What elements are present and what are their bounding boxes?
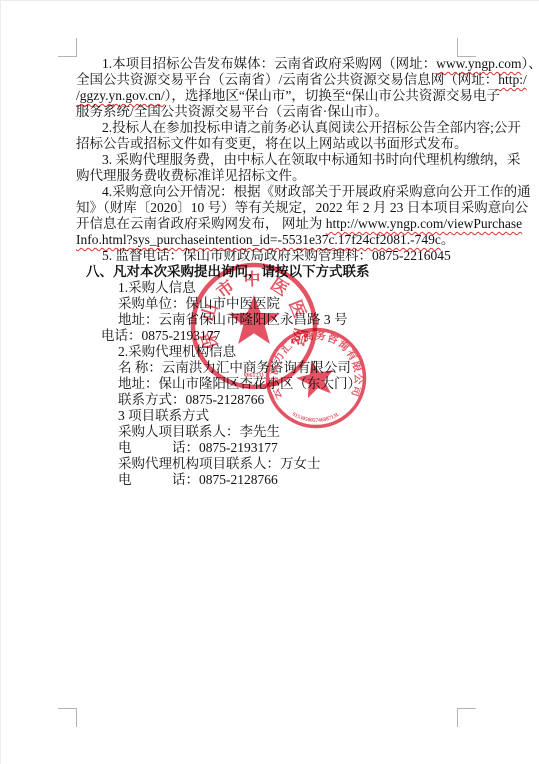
text-run: 4.采购意向公开情况：根据《财政部关于开展政府采购意向公开工作的通 [102,184,531,199]
doc-line: 2.投标人在参加投标申请之前务必认真阅读公开招标公告全部内容;公开 [76,120,458,136]
text-run: 电 话：0875-2193177 [118,440,278,455]
doc-line: 八、凡对本次采购提出询问，请按以下方式联系 [76,264,458,280]
doc-line: 地址：云南省保山市隆阳区永昌路 3 号 [76,312,458,328]
text-run: 开信息在云南省政府采购网发布， 网址为 [76,216,326,231]
margin-crop-mark-bottom-right [457,708,476,727]
doc-line: 2.采购代理机构信息 [76,344,458,360]
text-run: 3 项目联系方式 [118,408,209,423]
hyperlink-text[interactable]: http:/ [498,72,527,87]
doc-line: 3 项目联系方式 [76,408,458,424]
text-run: 服务系统/全国公共资源交易平台（云南省·保山市）。 [76,104,388,119]
margin-crop-mark-top-left [58,38,77,57]
text-run: 采购人项目联系人：李先生 [118,424,280,439]
text-run: 3. 采购代理服务费，由中标人在领取中标通知书时向代理机构缴纳，采 [102,152,521,167]
text-run: 地址：保山市隆阳区杏花小区（东大门） [118,376,361,391]
doc-line: 联系方式：0875-2128766 [76,392,458,408]
text-run: 名 称：云南洪力汇中商务咨询有限公司 [118,360,351,375]
text-run: 采购代理机构项目联系人：万女士 [118,456,321,471]
document-page: 1.本项目招标公告发布媒体：云南省政府采购网（网址：www.yngp.com）、… [0,0,539,764]
doc-line: 电 话：0875-2193177 [76,440,458,456]
hyperlink-text[interactable]: http://www.yngp.com/viewPurchase [326,216,522,231]
text-run: 招标公告或招标文件如有变更，将在以上网站或以书面形式发布。 [76,136,468,151]
text-run: ）、 [522,56,539,71]
doc-line: Info.html?sys_purchaseintention_id=-5531… [76,232,458,248]
text-run: 购代理服务费收费标准详见招标文件。 [76,168,306,183]
doc-line: 采购代理机构项目联系人：万女士 [76,456,458,472]
doc-line: 服务系统/全国公共资源交易平台（云南省·保山市）。 [76,104,458,120]
text-run: 电话：0875-2193177 [101,328,220,343]
hyperlink-text[interactable]: Info.html?sys_purchaseintention_id=-5531… [76,232,441,247]
text-run: 全国公共资源交易平台（云南省）/云南省公共资源交易信息网（网址： [76,72,498,87]
document-text: 1.本项目招标公告发布媒体：云南省政府采购网（网址：www.yngp.com）、… [76,56,458,488]
text-run: 八、凡对本次采购提出询问，请按以下方式联系 [86,264,370,279]
text-run: 2.采购代理机构信息 [118,344,236,359]
doc-line: 采购单位：保山市中医医院 [76,296,458,312]
text-run: 1.采购人信息 [118,280,196,295]
margin-crop-mark-bottom-left [58,708,77,727]
doc-line: 开信息在云南省政府采购网发布， 网址为 http://www.yngp.com/… [76,216,458,232]
text-run: 地址：云南省保山市隆阳区永昌路 3 号 [118,312,348,327]
doc-line: 招标公告或招标文件如有变更，将在以上网站或以书面形式发布。 [76,136,458,152]
doc-line: 全国公共资源交易平台（云南省）/云南省公共资源交易信息网（网址：http:/ [76,72,458,88]
doc-line: 购代理服务费收费标准详见招标文件。 [76,168,458,184]
text-run: 电 话：0875-2128766 [118,472,278,487]
doc-line: 1.采购人信息 [76,280,458,296]
text-run: ），选择地区“保山市”，切换至“保山市公共资源交易电子 [165,88,500,103]
margin-crop-mark-top-right [457,38,476,57]
text-run: 知》（财库〔2020〕10 号）等有关规定，2022 年 2 月 23 日本项目… [76,200,528,215]
text-run: 联系方式：0875-2128766 [118,392,264,407]
doc-line: 电 话：0875-2128766 [76,472,458,488]
text-run: 2.投标人在参加投标申请之前务必认真阅读公开招标公告全部内容;公开 [102,120,521,135]
doc-line: /ggzy.yn.gov.cn/），选择地区“保山市”，切换至“保山市公共资源交… [76,88,458,104]
doc-line: 知》（财库〔2020〕10 号）等有关规定，2022 年 2 月 23 日本项目… [76,200,458,216]
text-run: 采购单位：保山市中医医院 [118,296,280,311]
text-run: 。 [441,232,455,247]
doc-line: 4.采购意向公开情况：根据《财政部关于开展政府采购意向公开工作的通 [76,184,458,200]
text-run: 5. 监督电话：保山市财政局政府采购管理科：0875-2216045 [102,248,451,263]
doc-line: 电话：0875-2193177 [76,328,458,344]
text-run: 1.本项目招标公告发布媒体：云南省政府采购网（网址： [102,56,436,71]
hyperlink-text[interactable]: /ggzy.yn.gov.cn/ [76,88,165,103]
doc-line: 采购人项目联系人：李先生 [76,424,458,440]
hyperlink-text[interactable]: www.yngp.com [436,56,521,71]
doc-line: 3. 采购代理服务费，由中标人在领取中标通知书时向代理机构缴纳，采 [76,152,458,168]
doc-line: 名 称：云南洪力汇中商务咨询有限公司 [76,360,458,376]
doc-line: 5. 监督电话：保山市财政局政府采购管理科：0875-2216045 [76,248,458,264]
doc-line: 地址：保山市隆阳区杏花小区（东大门） [76,376,458,392]
doc-line: 1.本项目招标公告发布媒体：云南省政府采购网（网址：www.yngp.com）、 [76,56,458,72]
